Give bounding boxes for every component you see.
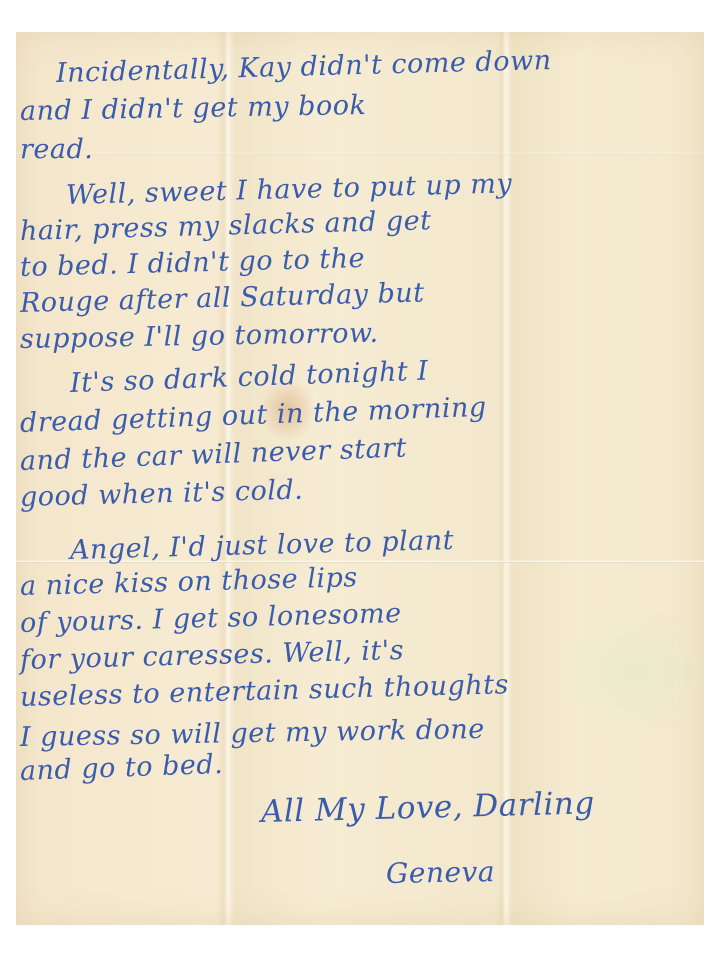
letter-closing: All My Love, Darling (261, 788, 595, 828)
letter-line: It's so dark cold tonight I (70, 357, 429, 396)
letter-line: suppose I'll go tomorrow. (20, 320, 379, 353)
letter-line: good when it's cold. (20, 477, 304, 511)
letter-line: Incidentally, Kay didn't come down (56, 47, 552, 87)
letter-line: useless to entertain such thoughts (20, 671, 510, 711)
letter-line: and go to bed. (20, 751, 224, 785)
letter-line: and I didn't get my book (20, 92, 367, 125)
letter-line: hair, press my slacks and get (20, 207, 432, 245)
letter-line: read. (20, 136, 93, 163)
letter-line: of yours. I get so lonesome (20, 600, 402, 637)
letter-signature: Geneva (386, 858, 496, 888)
letter-line: Well, sweet I have to put up my (66, 170, 513, 209)
letter-line: Rouge after all Saturday but (20, 279, 425, 317)
letter-line: to bed. I didn't go to the (20, 245, 366, 281)
letter-line: and the car will never start (20, 434, 408, 474)
letter-line: for your caresses. Well, it's (20, 637, 405, 674)
letter-paper: Incidentally, Kay didn't come down and I… (16, 32, 704, 925)
letter-body: Incidentally, Kay didn't come down and I… (16, 32, 704, 925)
letter-line: Angel, I'd just love to plant (70, 527, 455, 564)
letter-line: a nice kiss on those lips (20, 564, 358, 600)
letter-line: I guess so will get my work done (20, 716, 485, 751)
letter-line: dread getting out in the morning (20, 394, 488, 437)
